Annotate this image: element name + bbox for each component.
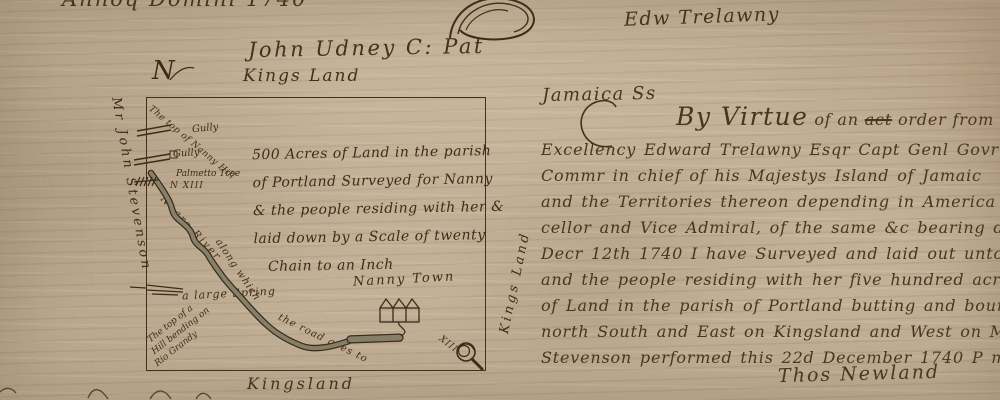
north-indicator: N [152, 56, 175, 86]
struck-word: act [865, 110, 892, 129]
deed-line: Commr in chief of his Majestys Island of… [541, 166, 982, 185]
gully-label-2: Gully [173, 147, 200, 160]
surveyor-signature: Thos Newland [778, 361, 941, 387]
by-virtue-phrase: By Virtue [676, 102, 808, 131]
deed-opening-rest: order from hi [892, 110, 1000, 129]
deed-line: Excellency Edward Trelawny Esqr Capt Gen… [541, 140, 1000, 159]
kings-land-bottom-label: Kingsland [247, 374, 355, 393]
palmetto-station-mark: N XIII [170, 181, 204, 191]
palmetto-tree-label: Palmetto Tree [176, 169, 240, 179]
patent-ref: John Udney C: Pat [248, 34, 485, 62]
dateline: Annoq Domini 1740 [62, 0, 307, 11]
deed-line: and the people residing with her five hu… [541, 270, 1000, 289]
deed-line: north South and East on Kingsland and We… [541, 322, 1000, 341]
inscription-line: & the people residing with her & [253, 193, 505, 225]
governor-signature: Edw Trelawny [624, 3, 781, 30]
deed-line: Decr 12th 1740 I have Surveyed and laid … [541, 244, 1000, 263]
jurisdiction-heading: Jamaica Ss [542, 83, 657, 106]
map-inscription: 500 Acres of Land in the parish of Portl… [252, 137, 506, 281]
inscription-line: of Portland Surveyed for Nanny [252, 165, 504, 197]
inscription-line: Chain to an Inch [268, 249, 506, 281]
deed-opening-mid: of an [808, 110, 864, 129]
deed-line: of Land in the parish of Portland buttin… [541, 296, 1000, 315]
kings-land-top-label: Kings Land [243, 66, 360, 86]
cut-off-writing [0, 388, 211, 399]
deed-opening-line: By Virtue of an act order from hi [676, 102, 1000, 131]
inscription-line: laid down by a Scale of twenty [253, 221, 505, 253]
inscription-line: 500 Acres of Land in the parish [252, 137, 504, 169]
deed-line: cellor and Vice Admiral, of the same &c … [541, 218, 1000, 237]
deed-line: and the Territories thereon depending in… [541, 192, 1000, 211]
